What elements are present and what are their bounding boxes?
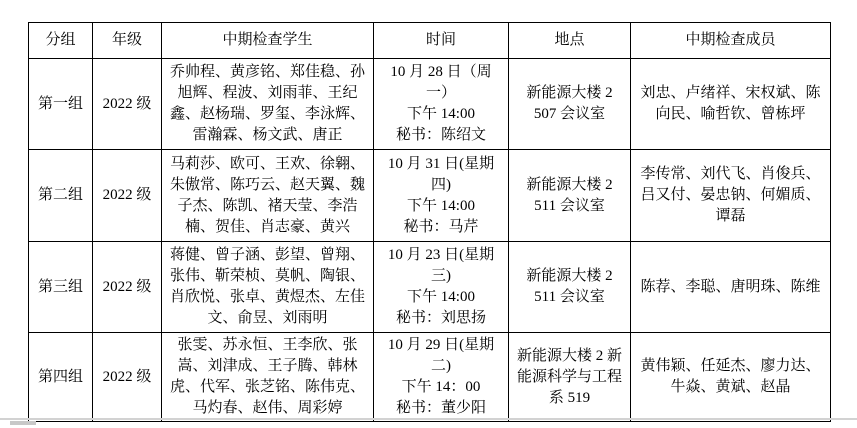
time-cell: 10 月 23 日(星期三) 下午 14:00 秘书：刘思扬: [374, 242, 509, 333]
header-location: 地点: [509, 23, 631, 59]
grade-cell: 2022 级: [93, 242, 162, 333]
time-cell: 10 月 29 日(星期二) 下午 14：00 秘书：董少阳: [374, 333, 509, 422]
students-cell: 张雯、苏永恒、王李欣、张嵩、刘津成、王子腾、韩林虎、代军、张芝铭、陈伟克、马灼春…: [162, 333, 374, 422]
time-cell: 10 月 28 日（周一） 下午 14:00 秘书：陈绍文: [374, 59, 509, 150]
midterm-check-schedule-table: 分组 年级 中期检查学生 时间 地点 中期检查成员 第一组 2022 级 乔帅程…: [28, 22, 831, 422]
group-cell: 第三组: [29, 242, 93, 333]
header-grade: 年级: [93, 23, 162, 59]
time-cell: 10 月 31 日(星期四) 下午 14:00 秘书：马芹: [374, 150, 509, 242]
location-cell: 新能源大楼 2 507 会议室: [509, 59, 631, 150]
window-bottom-edge: [0, 418, 857, 420]
group-cell: 第二组: [29, 150, 93, 242]
members-cell: 刘忠、卢绪祥、宋权斌、陈向民、喻哲钦、曾栋坪: [631, 59, 831, 150]
group-cell: 第四组: [29, 333, 93, 422]
location-cell: 新能源大楼 2 新 能源科学与工程 系 519: [509, 333, 631, 422]
members-cell: 陈荐、李聪、唐明珠、陈维: [631, 242, 831, 333]
header-members: 中期检查成员: [631, 23, 831, 59]
table-row: 第二组 2022 级 马莉莎、欧可、王欢、徐翱、朱傲常、陈巧云、赵天翼、魏子杰、…: [29, 150, 831, 242]
table-row: 第一组 2022 级 乔帅程、黄彦铭、郑佳稳、孙旭辉、程波、刘雨菲、王纪鑫、赵杨…: [29, 59, 831, 150]
header-time: 时间: [374, 23, 509, 59]
students-cell: 蒋健、曾子涵、彭望、曾翔、张伟、靳荣桢、莫帆、陶银、肖欣悦、张卓、黄煜杰、左佳文…: [162, 242, 374, 333]
grade-cell: 2022 级: [93, 333, 162, 422]
scrollbar-fragment: [10, 421, 36, 425]
students-cell: 马莉莎、欧可、王欢、徐翱、朱傲常、陈巧云、赵天翼、魏子杰、陈凯、褚天莹、李浩楠、…: [162, 150, 374, 242]
grade-cell: 2022 级: [93, 59, 162, 150]
header-students: 中期检查学生: [162, 23, 374, 59]
group-cell: 第一组: [29, 59, 93, 150]
students-cell: 乔帅程、黄彦铭、郑佳稳、孙旭辉、程波、刘雨菲、王纪鑫、赵杨瑞、罗玺、李泳辉、雷瀚…: [162, 59, 374, 150]
table-row: 第三组 2022 级 蒋健、曾子涵、彭望、曾翔、张伟、靳荣桢、莫帆、陶银、肖欣悦…: [29, 242, 831, 333]
members-cell: 李传常、刘代飞、肖俊兵、吕又付、晏忠钠、何媚质、谭磊: [631, 150, 831, 242]
document-page: 分组 年级 中期检查学生 时间 地点 中期检查成员 第一组 2022 级 乔帅程…: [0, 0, 857, 428]
location-cell: 新能源大楼 2 511 会议室: [509, 150, 631, 242]
members-cell: 黄伟颖、任延杰、廖力达、牛焱、黄斌、赵晶: [631, 333, 831, 422]
header-group: 分组: [29, 23, 93, 59]
table-header-row: 分组 年级 中期检查学生 时间 地点 中期检查成员: [29, 23, 831, 59]
grade-cell: 2022 级: [93, 150, 162, 242]
location-cell: 新能源大楼 2 511 会议室: [509, 242, 631, 333]
table-row: 第四组 2022 级 张雯、苏永恒、王李欣、张嵩、刘津成、王子腾、韩林虎、代军、…: [29, 333, 831, 422]
